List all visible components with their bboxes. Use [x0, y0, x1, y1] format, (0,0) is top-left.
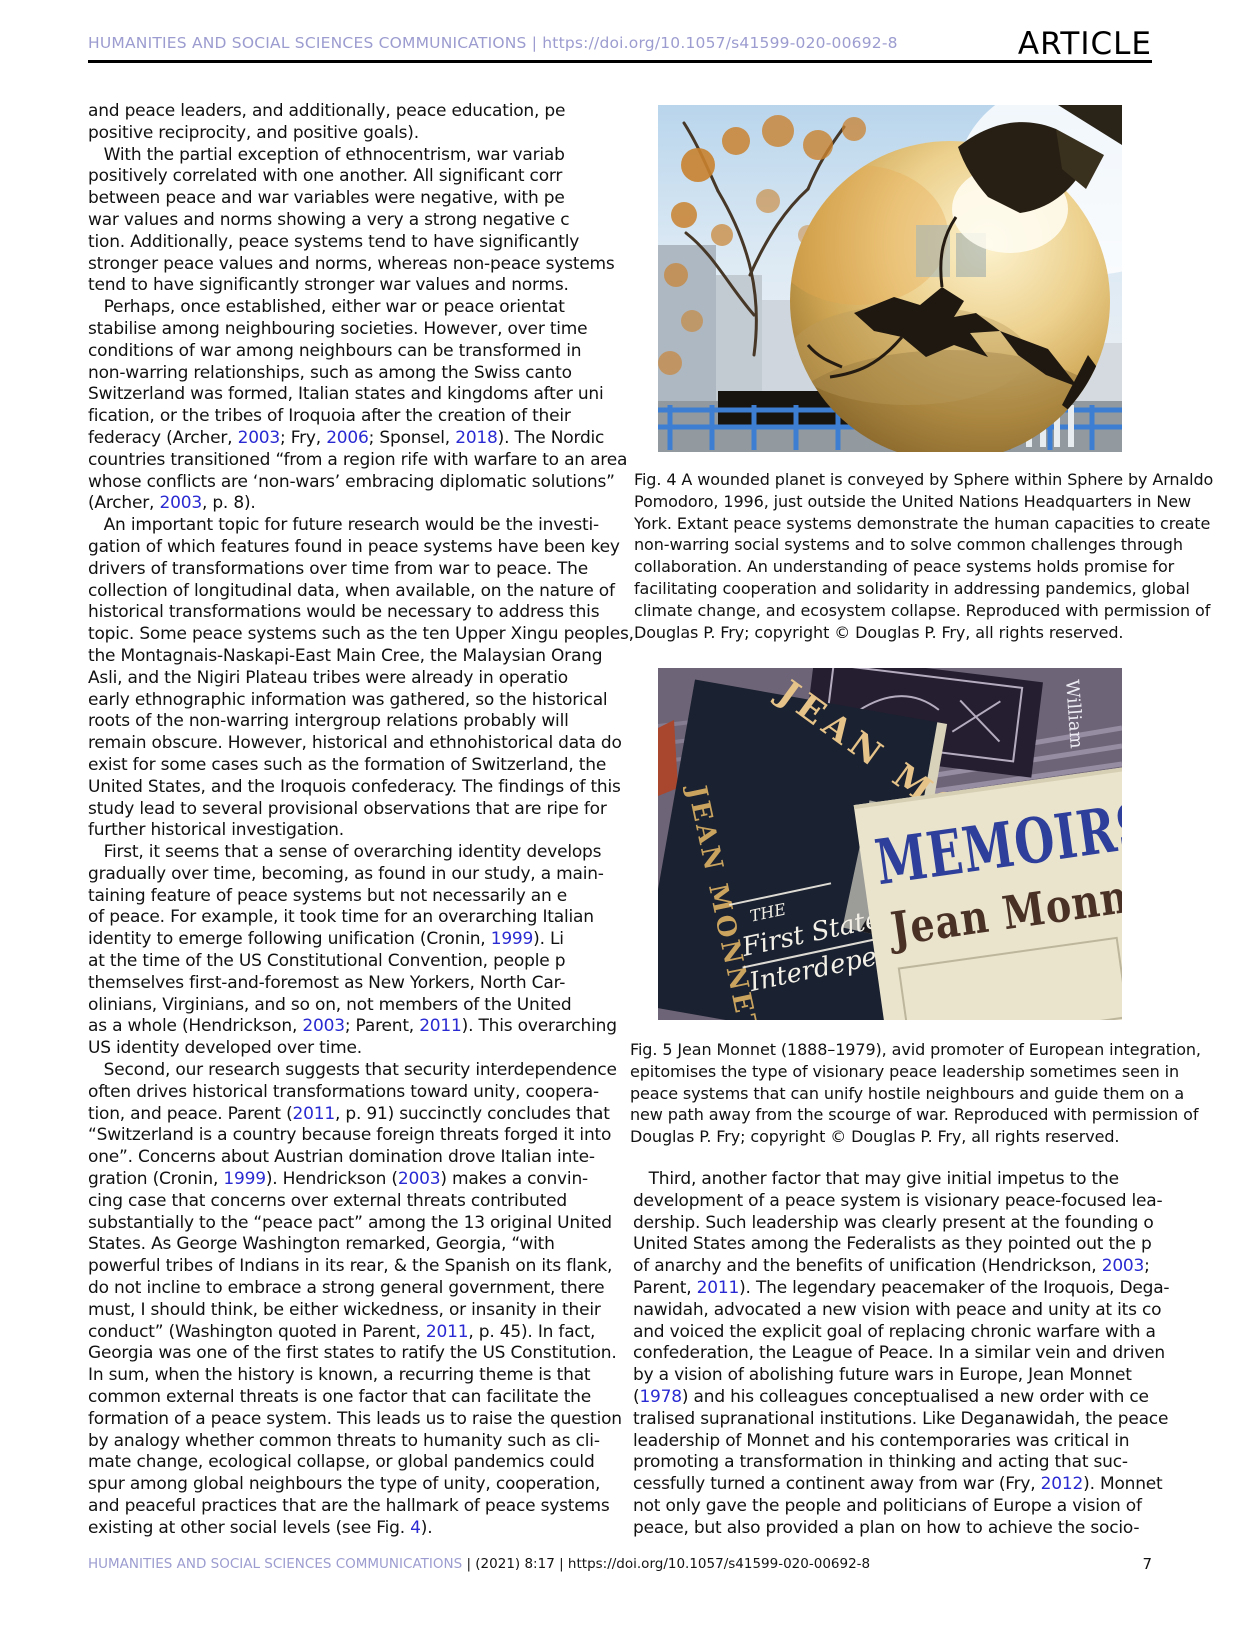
- text-line: nawidah, advocated a new vision with pea…: [633, 1300, 1169, 1322]
- text-line: tion. Additionally, peace systems tend t…: [88, 232, 634, 254]
- citation-link[interactable]: 2003: [1102, 1256, 1144, 1276]
- figure-5: William JEAN MONNET JEAN MONNET TH: [658, 668, 1122, 1020]
- figure-4-caption: Fig. 4 A wounded planet is conveyed by S…: [634, 469, 1213, 643]
- text-line: and voiced the explicit goal of replacin…: [633, 1322, 1169, 1344]
- text-line: epitomises the type of visionary peace l…: [630, 1061, 1201, 1083]
- text-line: positively correlated with one another. …: [88, 166, 634, 188]
- text-line: US identity developed over time.: [88, 1038, 634, 1060]
- text-line: Douglas P. Fry; copyright © Douglas P. F…: [634, 622, 1213, 644]
- footer-doi-link[interactable]: https://doi.org/10.1057/s41599-020-00692…: [568, 1556, 870, 1572]
- text-line: Georgia was one of the first states to r…: [88, 1343, 634, 1365]
- text-line: between peace and war variables were neg…: [88, 188, 634, 210]
- text-line: Perhaps, once established, either war or…: [88, 297, 634, 319]
- text-line: development of a peace system is visiona…: [633, 1191, 1169, 1213]
- text-line: taining feature of peace systems but not…: [88, 886, 634, 908]
- text-line: Parent, 2011). The legendary peacemaker …: [633, 1278, 1169, 1300]
- citation-link[interactable]: 2011: [697, 1278, 739, 1298]
- text-line: drivers of transformations over time fro…: [88, 559, 634, 581]
- text-line: Asli, and the Nigiri Plateau tribes were…: [88, 668, 634, 690]
- citation-link[interactable]: 2011: [426, 1322, 468, 1342]
- citation-link[interactable]: 1999: [491, 929, 533, 949]
- header-separator: |: [527, 34, 543, 52]
- text-line: non-warring relationships, such as among…: [88, 363, 634, 385]
- text-line: Second, our research suggests that secur…: [88, 1060, 634, 1082]
- text-line: one”. Concerns about Austrian domination…: [88, 1147, 634, 1169]
- text-line: “Switzerland is a country because foreig…: [88, 1125, 634, 1147]
- text-line: peace systems that can unify hostile nei…: [630, 1083, 1201, 1105]
- text-line: Switzerland was formed, Italian states a…: [88, 384, 634, 406]
- text-line: mate change, ecological collapse, or glo…: [88, 1452, 634, 1474]
- text-line: formation of a peace system. This leads …: [88, 1409, 634, 1431]
- text-line: tion, and peace. Parent (2011, p. 91) su…: [88, 1104, 634, 1126]
- text-line: themselves first-and-foremost as New Yor…: [88, 973, 634, 995]
- text-line: Pomodoro, 1996, just outside the United …: [634, 491, 1213, 513]
- citation-link[interactable]: 2018: [455, 428, 497, 448]
- text-line: whose conflicts are ‘non-wars’ embracing…: [88, 472, 634, 494]
- memoirs-book: MEMOIRS Jean Monnet: [854, 763, 1122, 1020]
- figure-4-image: [658, 105, 1122, 452]
- article-type-label: ARTICLE: [1018, 26, 1152, 62]
- text-line: States. As George Washington remarked, G…: [88, 1234, 634, 1256]
- journal-name: HUMANITIES AND SOCIAL SCIENCES COMMUNICA…: [88, 34, 527, 52]
- text-line: gration (Cronin, 1999). Hendrickson (200…: [88, 1169, 634, 1191]
- text-line: confederation, the League of Peace. In a…: [633, 1343, 1169, 1365]
- text-line: must, I should think, be either wickedne…: [88, 1300, 634, 1322]
- text-line: exist for some cases such as the formati…: [88, 755, 634, 777]
- text-line: United States, and the Iroquois confeder…: [88, 777, 634, 799]
- text-line: remain obscure. However, historical and …: [88, 733, 634, 755]
- footer-volume: | (2021) 8:17 |: [462, 1556, 568, 1572]
- citation-link[interactable]: 1978: [639, 1387, 681, 1407]
- text-line: York. Extant peace systems demonstrate t…: [634, 513, 1213, 535]
- citation-link[interactable]: 2003: [159, 493, 201, 513]
- article-page: HUMANITIES AND SOCIAL SCIENCES COMMUNICA…: [0, 0, 1241, 1630]
- text-line: at the time of the US Constitutional Con…: [88, 951, 634, 973]
- text-line: do not incline to embrace a strong gener…: [88, 1278, 634, 1300]
- text-line: fication, or the tribes of Iroquoia afte…: [88, 406, 634, 428]
- citation-link[interactable]: 2003: [302, 1016, 344, 1036]
- figure-4: [658, 105, 1122, 452]
- header-doi-link[interactable]: https://doi.org/10.1057/s41599-020-00692…: [542, 34, 897, 52]
- citation-link[interactable]: 1999: [223, 1169, 265, 1189]
- text-line: war values and norms showing a very a st…: [88, 210, 634, 232]
- text-line: stabilise among neighbouring societies. …: [88, 319, 634, 341]
- text-line: historical transformations would be nece…: [88, 602, 634, 624]
- text-line: cessfully turned a continent away from w…: [633, 1474, 1169, 1496]
- text-line: cing case that concerns over external th…: [88, 1191, 634, 1213]
- text-line: stronger peace values and norms, whereas…: [88, 254, 634, 276]
- text-line: collaboration. An understanding of peace…: [634, 556, 1213, 578]
- text-line: often drives historical transformations …: [88, 1082, 634, 1104]
- text-line: substantially to the “peace pact” among …: [88, 1213, 634, 1235]
- text-line: An important topic for future research w…: [88, 515, 634, 537]
- text-line: gation of which features found in peace …: [88, 537, 634, 559]
- text-line: new path away from the scourge of war. R…: [630, 1104, 1201, 1126]
- text-line: gradually over time, becoming, as found …: [88, 864, 634, 886]
- text-line: by a vision of abolishing future wars in…: [633, 1365, 1169, 1387]
- text-line: Third, another factor that may give init…: [633, 1169, 1169, 1191]
- text-line: collection of longitudinal data, when av…: [88, 581, 634, 603]
- text-line: study lead to several provisional observ…: [88, 799, 634, 821]
- text-line: non-warring social systems and to solve …: [634, 534, 1213, 556]
- figure-5-caption: Fig. 5 Jean Monnet (1888–1979), avid pro…: [630, 1039, 1201, 1148]
- text-line: Fig. 4 A wounded planet is conveyed by S…: [634, 469, 1213, 491]
- text-line: as a whole (Hendrickson, 2003; Parent, 2…: [88, 1016, 634, 1038]
- citation-link[interactable]: 2006: [326, 428, 368, 448]
- text-line: and peace leaders, and additionally, pea…: [88, 101, 634, 123]
- text-line: of peace. For example, it took time for …: [88, 907, 634, 929]
- text-line: and peaceful practices that are the hall…: [88, 1496, 634, 1518]
- citation-link[interactable]: 2003: [398, 1169, 440, 1189]
- footer-line: HUMANITIES AND SOCIAL SCIENCES COMMUNICA…: [88, 1556, 870, 1572]
- text-line: roots of the non-warring intergroup rela…: [88, 711, 634, 733]
- text-line: countries transitioned “from a region ri…: [88, 450, 634, 472]
- text-line: promoting a transformation in thinking a…: [633, 1452, 1169, 1474]
- figure-5-image: William JEAN MONNET JEAN MONNET TH: [658, 668, 1122, 1020]
- text-line: In sum, when the history is known, a rec…: [88, 1365, 634, 1387]
- text-line: conditions of war among neighbours can b…: [88, 341, 634, 363]
- page-number: 7: [1142, 1555, 1152, 1573]
- text-line: Fig. 5 Jean Monnet (1888–1979), avid pro…: [630, 1039, 1201, 1061]
- text-line: topic. Some peace systems such as the te…: [88, 624, 634, 646]
- text-line: United States among the Federalists as t…: [633, 1234, 1169, 1256]
- text-line: of anarchy and the benefits of unificati…: [633, 1256, 1169, 1278]
- text-line: (Archer, 2003, p. 8).: [88, 493, 634, 515]
- text-line: Douglas P. Fry; copyright © Douglas P. F…: [630, 1126, 1201, 1148]
- text-line: by analogy whether common threats to hum…: [88, 1431, 634, 1453]
- citation-link[interactable]: 2011: [419, 1016, 461, 1036]
- text-line: powerful tribes of Indians in its rear, …: [88, 1256, 634, 1278]
- text-line: climate change, and ecosystem collapse. …: [634, 600, 1213, 622]
- citation-link[interactable]: 2012: [1041, 1474, 1083, 1494]
- header-rule: [88, 60, 1152, 63]
- footer-journal-name: HUMANITIES AND SOCIAL SCIENCES COMMUNICA…: [88, 1556, 462, 1572]
- text-line: (1978) and his colleagues conceptualised…: [633, 1387, 1169, 1409]
- text-line: olinians, Virginians, and so on, not mem…: [88, 995, 634, 1017]
- text-line: conduct” (Washington quoted in Parent, 2…: [88, 1322, 634, 1344]
- text-line: further historical investigation.: [88, 820, 634, 842]
- header-journal-line: HUMANITIES AND SOCIAL SCIENCES COMMUNICA…: [88, 34, 898, 52]
- citation-link[interactable]: 4: [410, 1518, 421, 1538]
- text-line: tralised supranational institutions. Lik…: [633, 1409, 1169, 1431]
- text-line: tend to have significantly stronger war …: [88, 275, 634, 297]
- right-column-text: Third, another factor that may give init…: [633, 1169, 1169, 1540]
- text-line: spur among global neighbours the type of…: [88, 1474, 634, 1496]
- text-line: positive reciprocity, and positive goals…: [88, 123, 634, 145]
- text-line: common external threats is one factor th…: [88, 1387, 634, 1409]
- text-line: peace, but also provided a plan on how t…: [633, 1518, 1169, 1540]
- text-line: leadership of Monnet and his contemporar…: [633, 1431, 1169, 1453]
- text-line: identity to emerge following unification…: [88, 929, 634, 951]
- text-line: With the partial exception of ethnocentr…: [88, 145, 634, 167]
- citation-link[interactable]: 2003: [238, 428, 280, 448]
- text-line: First, it seems that a sense of overarch…: [88, 842, 634, 864]
- text-line: the Montagnais-Naskapi-East Main Cree, t…: [88, 646, 634, 668]
- citation-link[interactable]: 2011: [293, 1104, 335, 1124]
- text-line: dership. Such leadership was clearly pre…: [633, 1213, 1169, 1235]
- text-line: facilitating cooperation and solidarity …: [634, 578, 1213, 600]
- text-line: not only gave the people and politicians…: [633, 1496, 1169, 1518]
- left-column-text: and peace leaders, and additionally, pea…: [88, 101, 634, 1540]
- text-line: federacy (Archer, 2003; Fry, 2006; Spons…: [88, 428, 634, 450]
- text-line: early ethnographic information was gathe…: [88, 690, 634, 712]
- text-line: existing at other social levels (see Fig…: [88, 1518, 634, 1540]
